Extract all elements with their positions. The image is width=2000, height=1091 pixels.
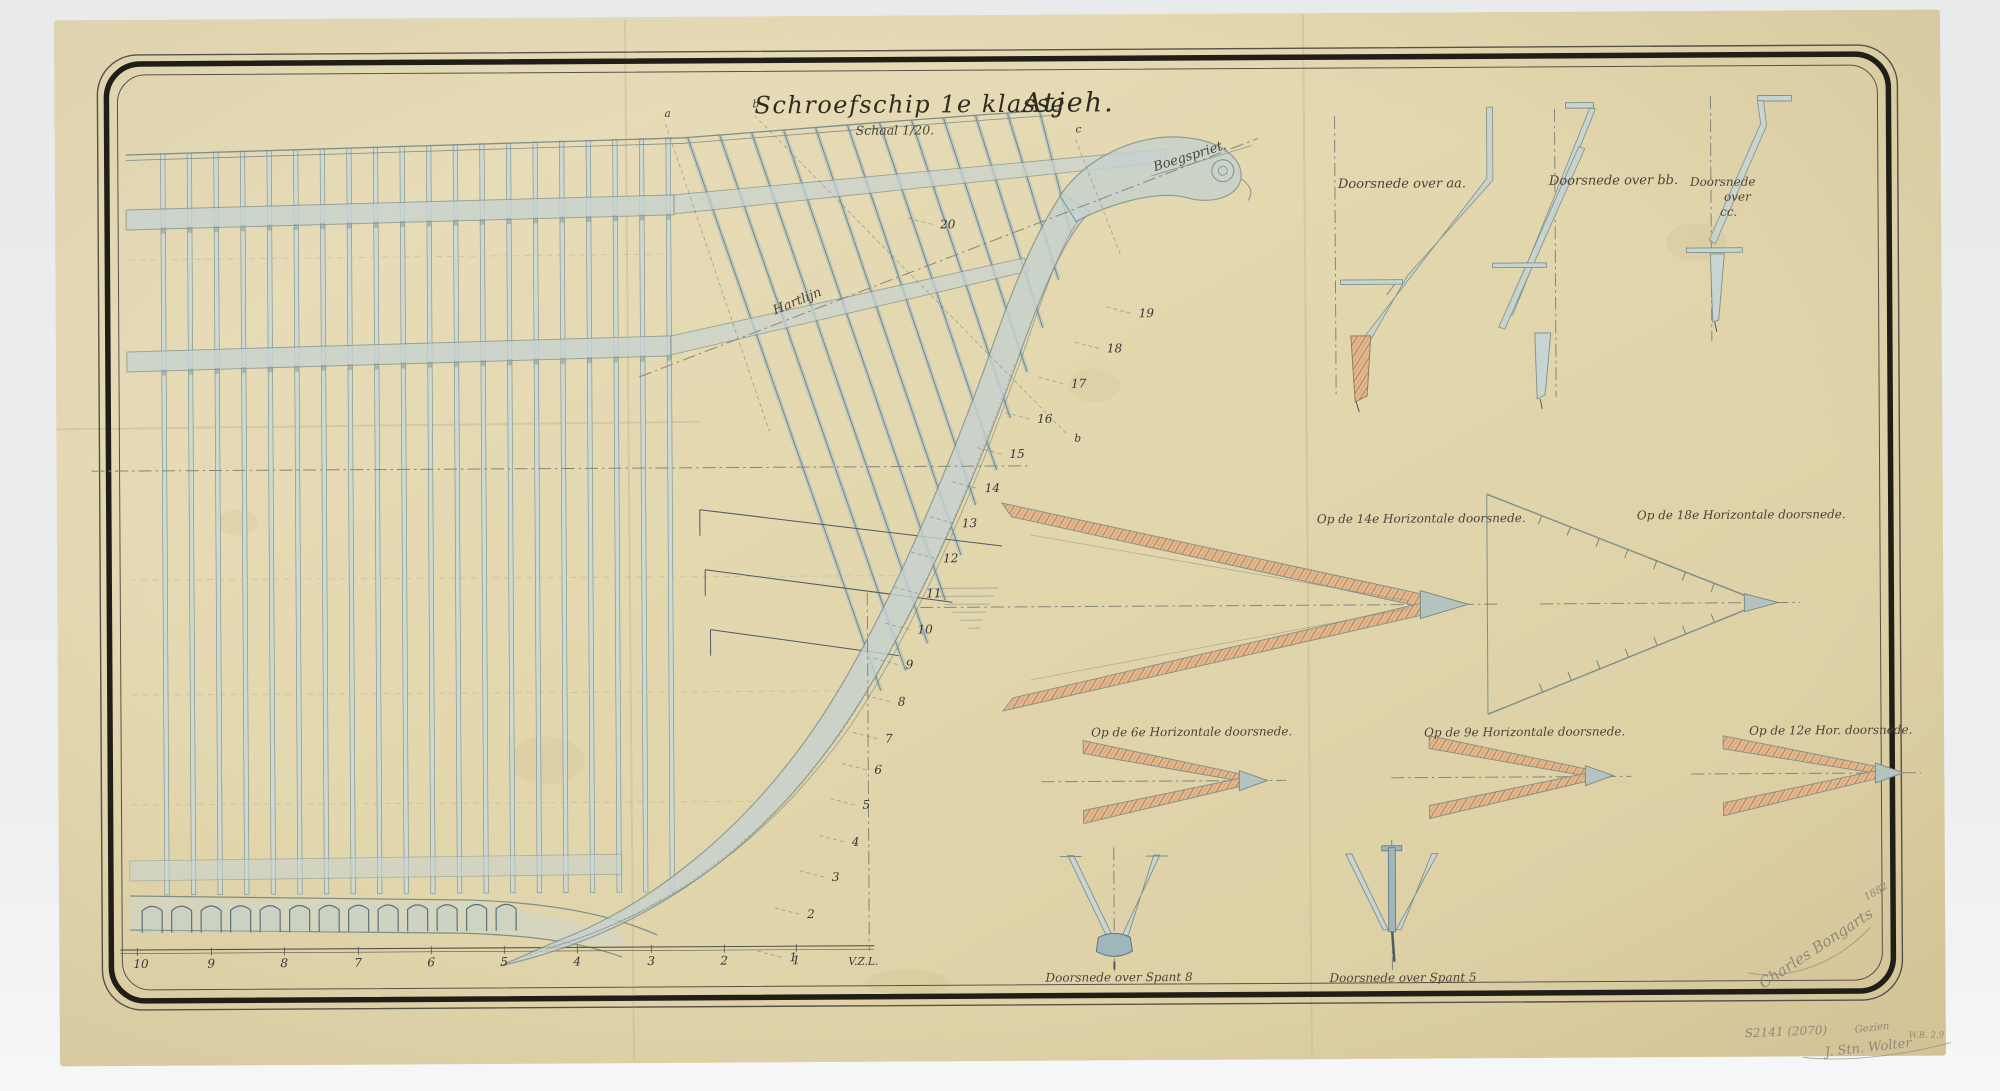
section-letter: a (664, 108, 670, 120)
section-cc-label-line2: over (1724, 190, 1752, 204)
h18-label: Op de 18e Horizontale doorsnede. (1637, 507, 1846, 522)
stem-station-number: 7 (885, 732, 893, 746)
drawing-scale: Schaal 1/20. (856, 122, 935, 137)
baseline-number: 3 (647, 954, 655, 968)
h14-label: Op de 14e Horizontale doorsnede. (1317, 511, 1526, 526)
spant8-label: Doorsnede over Spant 8 (1044, 970, 1193, 985)
h6-label: Op de 6e Horizontale doorsnede. (1091, 724, 1292, 739)
stem-station-number: 8 (898, 695, 906, 709)
stem-station-number: 10 (917, 622, 933, 636)
section-letter: c (1076, 124, 1082, 136)
stem-station-number: 4 (851, 835, 860, 849)
drawing-title-part2: Atjeh. (1019, 87, 1114, 119)
stem-station-number: 6 (874, 763, 882, 777)
section-bb-label: Doorsnede over bb. (1548, 173, 1678, 189)
stem-station-number: 12 (943, 551, 958, 565)
baseline-number: 2 (719, 954, 728, 968)
baseline-number: 5 (500, 955, 508, 969)
drawing-title-part1: Schroefschip 1e klasse (754, 90, 1066, 120)
archive-code: W.B. 2.9 (1909, 1031, 1945, 1041)
stem-station-number: 16 (1037, 412, 1053, 426)
section-aa-label: Doorsnede over aa. (1337, 176, 1466, 192)
stem-station-number: 19 (1139, 306, 1155, 320)
stem-station-number: 18 (1107, 341, 1123, 355)
vzl-label: V.Z.L. (848, 956, 878, 968)
section-cc-label-line1: Doorsnede (1689, 175, 1756, 189)
stem-station-number: 2 (806, 907, 815, 921)
stem-station-number: 17 (1071, 376, 1087, 390)
stem-station-number: 3 (832, 870, 840, 884)
paper-sheet: 2019181716151413121110987654321 10987654… (54, 10, 1951, 1071)
stem-station-number: 9 (906, 657, 914, 671)
stem-station-number: 15 (1009, 447, 1024, 461)
stem-station-number: 20 (939, 217, 956, 231)
stem-station-number: 14 (985, 481, 1000, 495)
stem-station-number: 5 (862, 798, 870, 812)
h9-label: Op de 9e Horizontale doorsnede. (1424, 724, 1625, 739)
baseline-number: 4 (572, 954, 581, 968)
stem-station-number: 11 (926, 586, 941, 600)
baseline-number: 10 (133, 957, 149, 971)
baseline-number: 6 (427, 955, 435, 969)
section-letter: b (1074, 433, 1081, 445)
section-cc-label-line3: cc. (1720, 205, 1737, 219)
baseline-number: 1 (792, 953, 800, 967)
h12-label: Op de 12e Hor. doorsnede. (1749, 723, 1912, 738)
baseline-number: 9 (207, 957, 215, 971)
spant5-label: Doorsnede over Spant 5 (1328, 970, 1476, 985)
stem-station-number: 13 (962, 516, 978, 530)
baseline-number: 7 (354, 956, 362, 970)
scan-background: 2019181716151413121110987654321 10987654… (0, 0, 2000, 1091)
baseline-number: 8 (280, 956, 288, 970)
